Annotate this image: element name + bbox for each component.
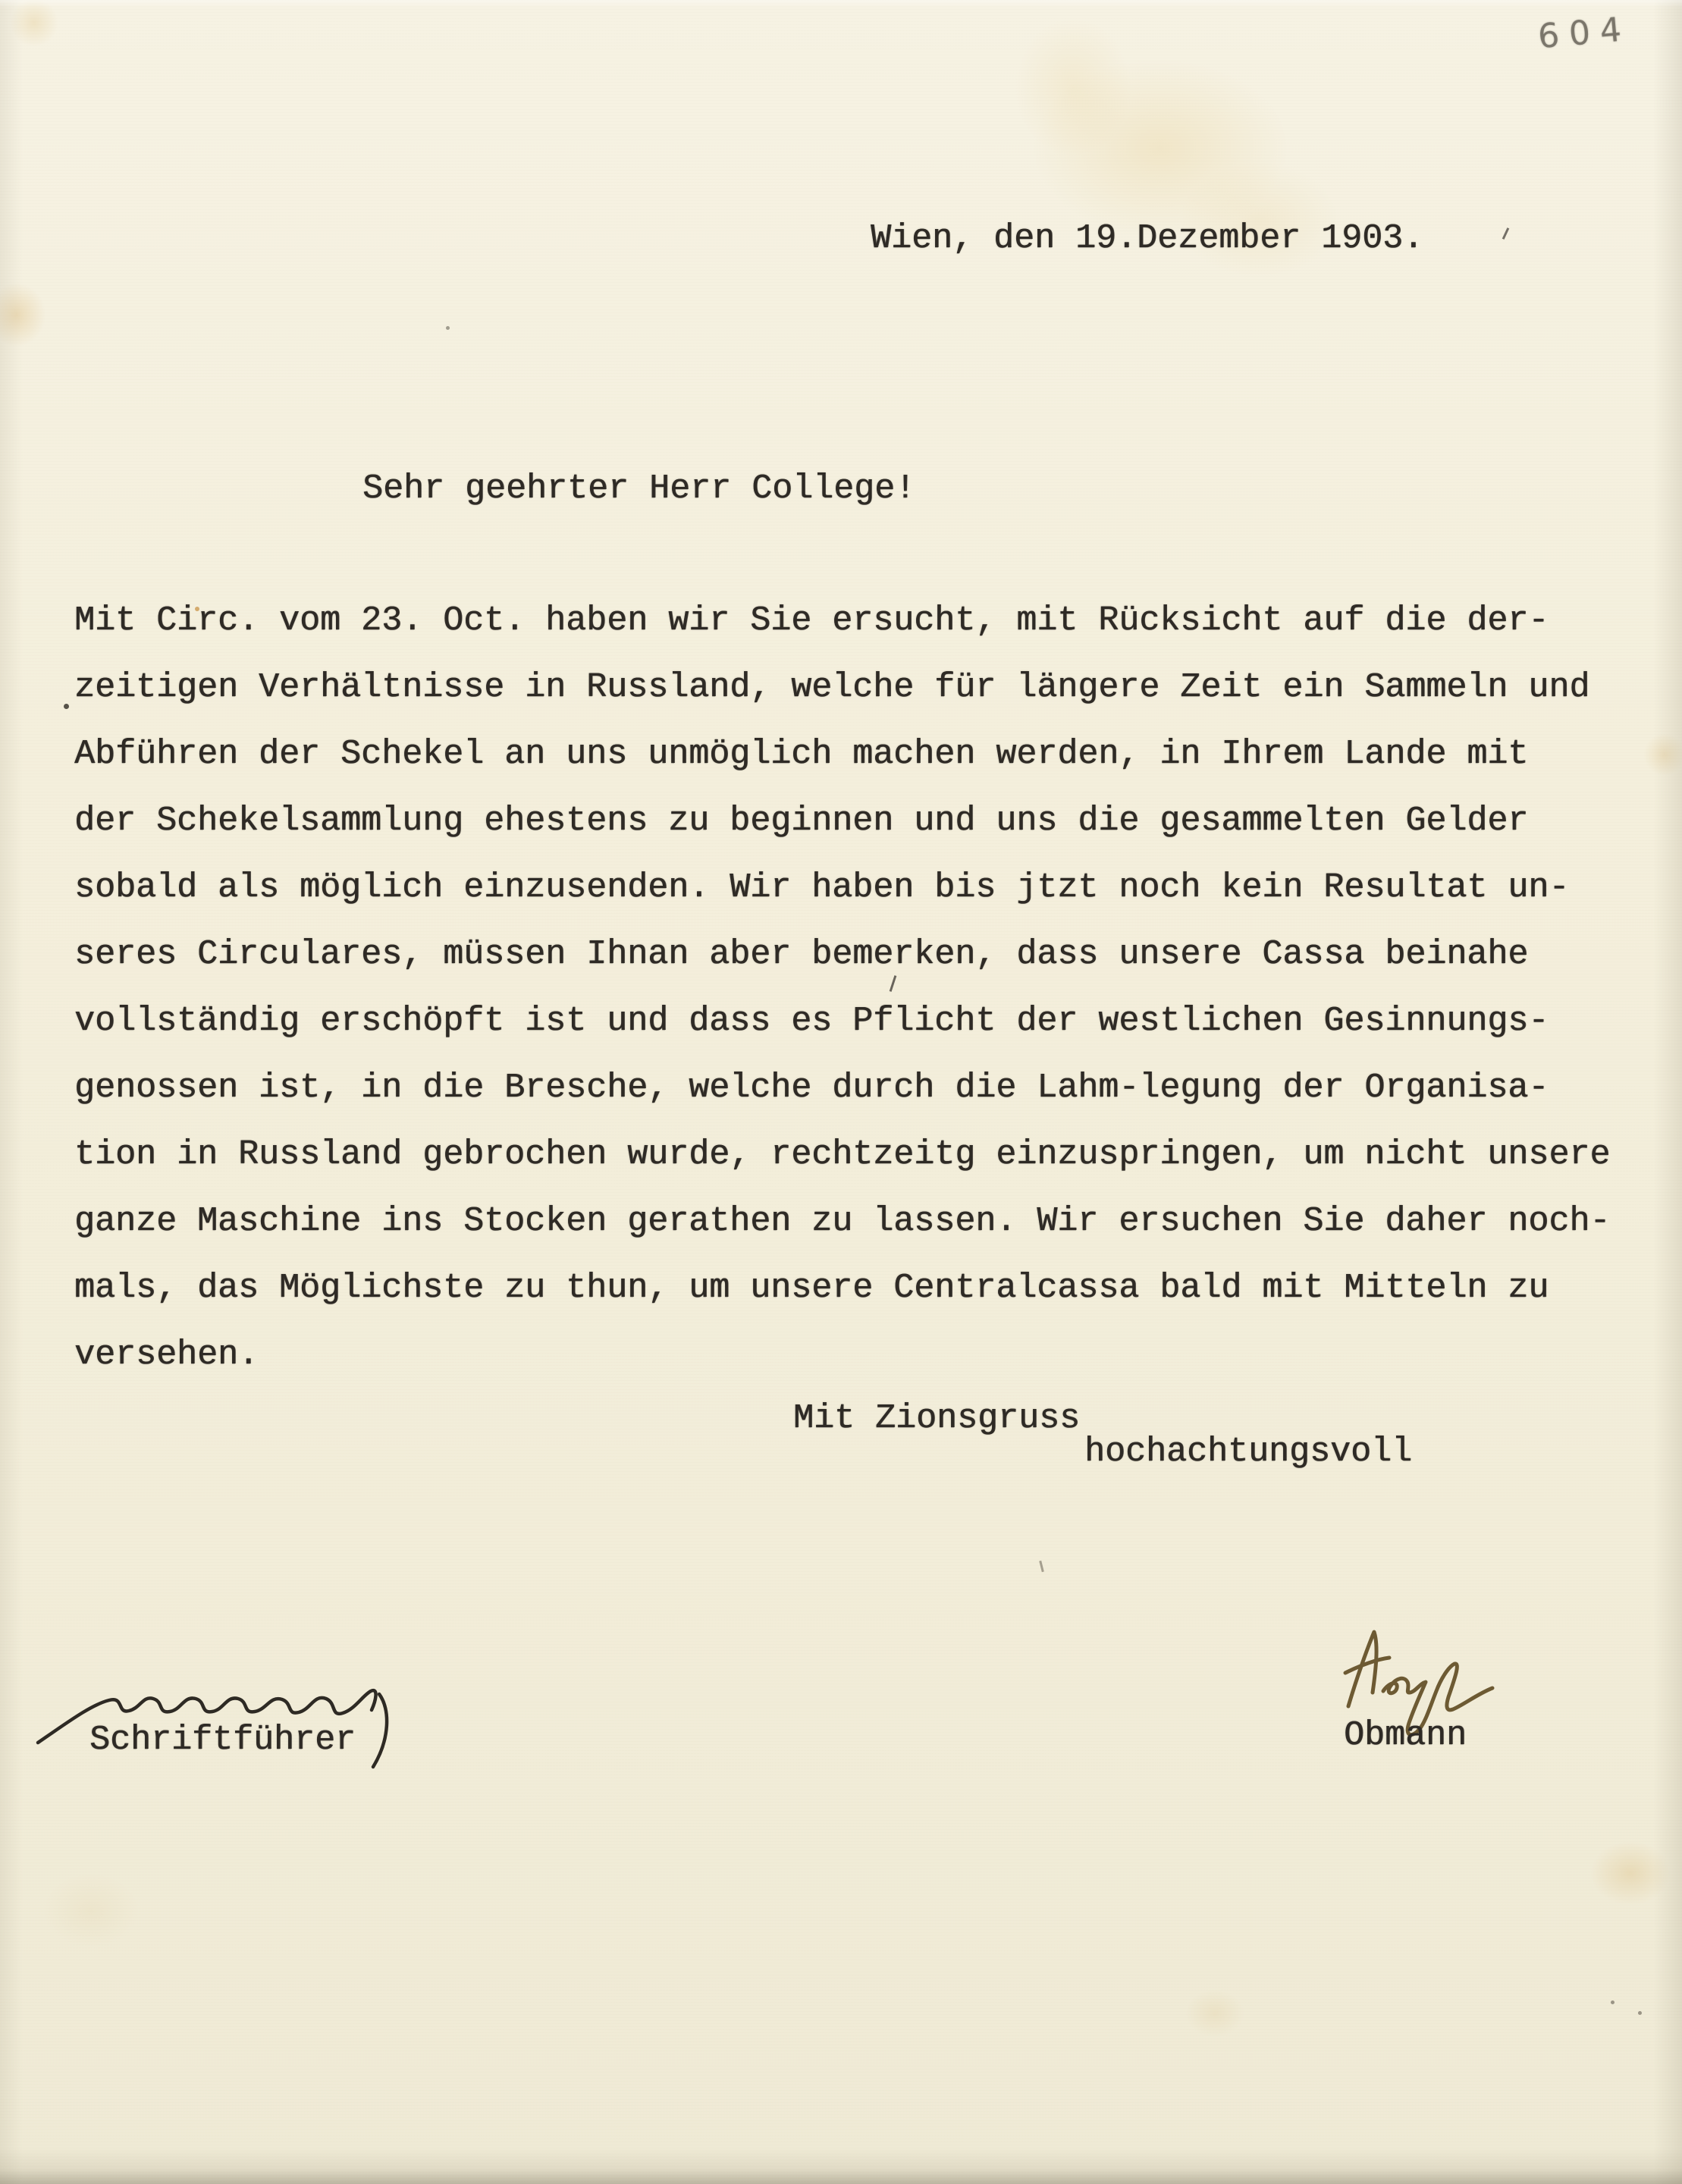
body-line: tion in Russland gebrochen wurde, rechtz… bbox=[74, 1137, 1610, 1172]
body-line: ganze Maschine ins Stocken gerathen zu l… bbox=[74, 1204, 1610, 1238]
stray-pencil-mark bbox=[1039, 1561, 1044, 1572]
stray-ink-mark bbox=[1502, 227, 1509, 240]
signature-role-left: Schriftführer bbox=[89, 1723, 356, 1757]
stray-dot bbox=[1638, 2011, 1642, 2015]
signature-role-right: Obmann bbox=[1344, 1718, 1467, 1753]
stray-ink-mark bbox=[890, 975, 897, 992]
body-line: Mit Circ. vom 23. Oct. haben wir Sie ers… bbox=[74, 604, 1549, 638]
body-line: sobald als möglich einzusenden. Wir habe… bbox=[74, 871, 1569, 905]
salutation: Sehr geehrter Herr College! bbox=[362, 472, 915, 506]
stray-ink-dot bbox=[64, 704, 69, 709]
body-line: versehen. bbox=[74, 1338, 259, 1372]
body-line: vollständig erschöpft ist und dass es Pf… bbox=[74, 1004, 1549, 1038]
closing-valediction: hochachtungsvoll bbox=[1084, 1435, 1412, 1469]
stray-dot bbox=[446, 326, 450, 330]
body-line: seres Circulares, müssen Ihnan aber beme… bbox=[74, 937, 1528, 971]
body-line: genossen ist, in die Bresche, welche dur… bbox=[74, 1071, 1549, 1105]
body-line: mals, das Möglichste zu thun, um unsere … bbox=[74, 1271, 1549, 1305]
stray-dot bbox=[1611, 2000, 1615, 2004]
body-line: der Schekelsammlung ehestens zu beginnen… bbox=[74, 804, 1528, 838]
closing-greeting: Mit Zionsgruss bbox=[793, 1401, 1080, 1436]
pencil-archive-number: 604 bbox=[1536, 10, 1633, 57]
paper-speck bbox=[195, 607, 199, 611]
dateline: Wien, den 19.Dezember 1903. bbox=[871, 221, 1423, 256]
letter-page: { "page": { "kind": "scanned typewritten… bbox=[0, 0, 1682, 2184]
body-line: Abführen der Schekel an uns unmöglich ma… bbox=[74, 737, 1528, 771]
body-line: zeitigen Verhältnisse in Russland, welch… bbox=[74, 670, 1589, 704]
